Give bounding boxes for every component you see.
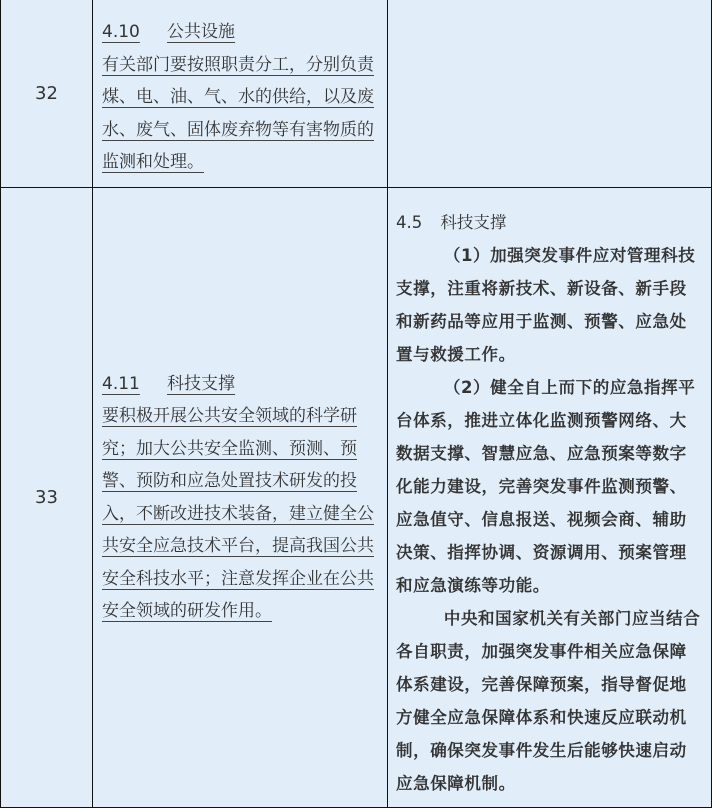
section-title: 科技支撑 <box>167 374 235 394</box>
new-text-cell-empty <box>388 0 712 188</box>
old-text-cell: 4.10公共设施有关部门要按照职责分工，分别负责煤、电、油、气、水的供给，以及废… <box>93 0 388 188</box>
section-number: 4.11 <box>102 374 140 394</box>
section-body: 有关部门要按照职责分工，分别负责煤、电、油、气、水的供给，以及废水、废气、固体废… <box>102 55 374 173</box>
comparison-table: 32 4.10公共设施有关部门要按照职责分工，分别负责煤、电、油、气、水的供给，… <box>0 0 712 808</box>
section-number: 4.10 <box>102 22 140 42</box>
section-number: 4.5 <box>396 213 422 232</box>
section-title: 公共设施 <box>167 22 235 42</box>
new-paragraph-3: 中央和国家机关有关部门应当结合各自职责，加强突发事件相关应急保障体系建设，完善保… <box>396 602 703 800</box>
table-row: 32 4.10公共设施有关部门要按照职责分工，分别负责煤、电、油、气、水的供给，… <box>1 0 712 188</box>
row-number: 32 <box>1 0 93 188</box>
table-row: 33 4.11科技支撑要积极开展公共安全领域的科学研究；加大公共安全监测、预测、… <box>1 188 712 808</box>
old-text-body: 4.10公共设施有关部门要按照职责分工，分别负责煤、电、油、气、水的供给，以及废… <box>102 16 379 179</box>
section-title: 科技支撑 <box>440 213 506 232</box>
new-section-heading: 4.5科技支撑 <box>396 207 703 239</box>
row-number: 33 <box>1 188 93 808</box>
section-body: 要积极开展公共安全领域的科学研究；加大公共安全监测、预测、预警、预防和应急处置技… <box>102 406 374 621</box>
new-paragraph-1: （1）加强突发事件应对管理科技支撑，注重将新技术、新设备、新手段和新药品等应用于… <box>396 239 703 371</box>
old-text-cell: 4.11科技支撑要积极开展公共安全领域的科学研究；加大公共安全监测、预测、预警、… <box>93 188 388 808</box>
new-text-cell: 4.5科技支撑 （1）加强突发事件应对管理科技支撑，注重将新技术、新设备、新手段… <box>388 188 712 808</box>
old-text-body: 4.11科技支撑要积极开展公共安全领域的科学研究；加大公共安全监测、预测、预警、… <box>102 368 379 628</box>
new-paragraph-2: （2）健全自上而下的应急指挥平台体系，推进立体化监测预警网络、大数据支撑、智慧应… <box>396 371 703 602</box>
